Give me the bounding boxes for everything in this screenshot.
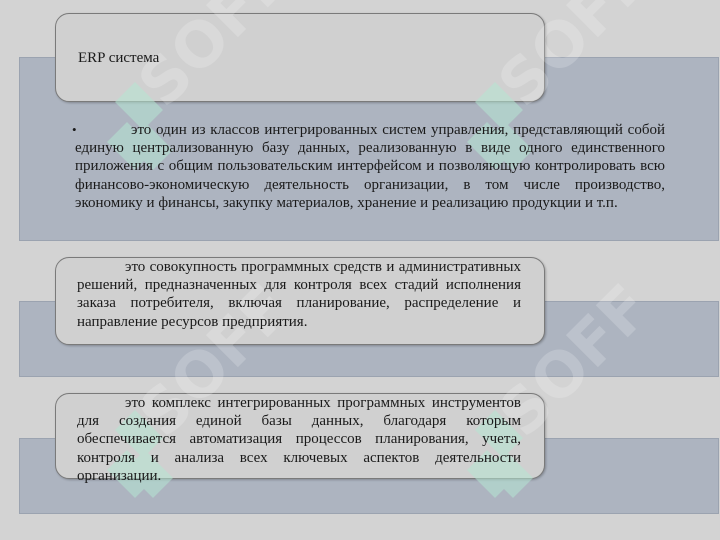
slide-title: ERP система [78, 49, 159, 67]
definition-2-text: это совокупность программных средств и а… [77, 259, 521, 330]
definition-3: это комплекс интегрированных программных… [77, 394, 521, 485]
definition-3-text: это комплекс интегрированных программных… [77, 395, 521, 484]
definition-1: это один из классов интегрированных сист… [75, 121, 665, 212]
definition-1-text: это один из классов интегрированных сист… [75, 122, 665, 211]
definition-2: это совокупность программных средств и а… [77, 258, 521, 331]
